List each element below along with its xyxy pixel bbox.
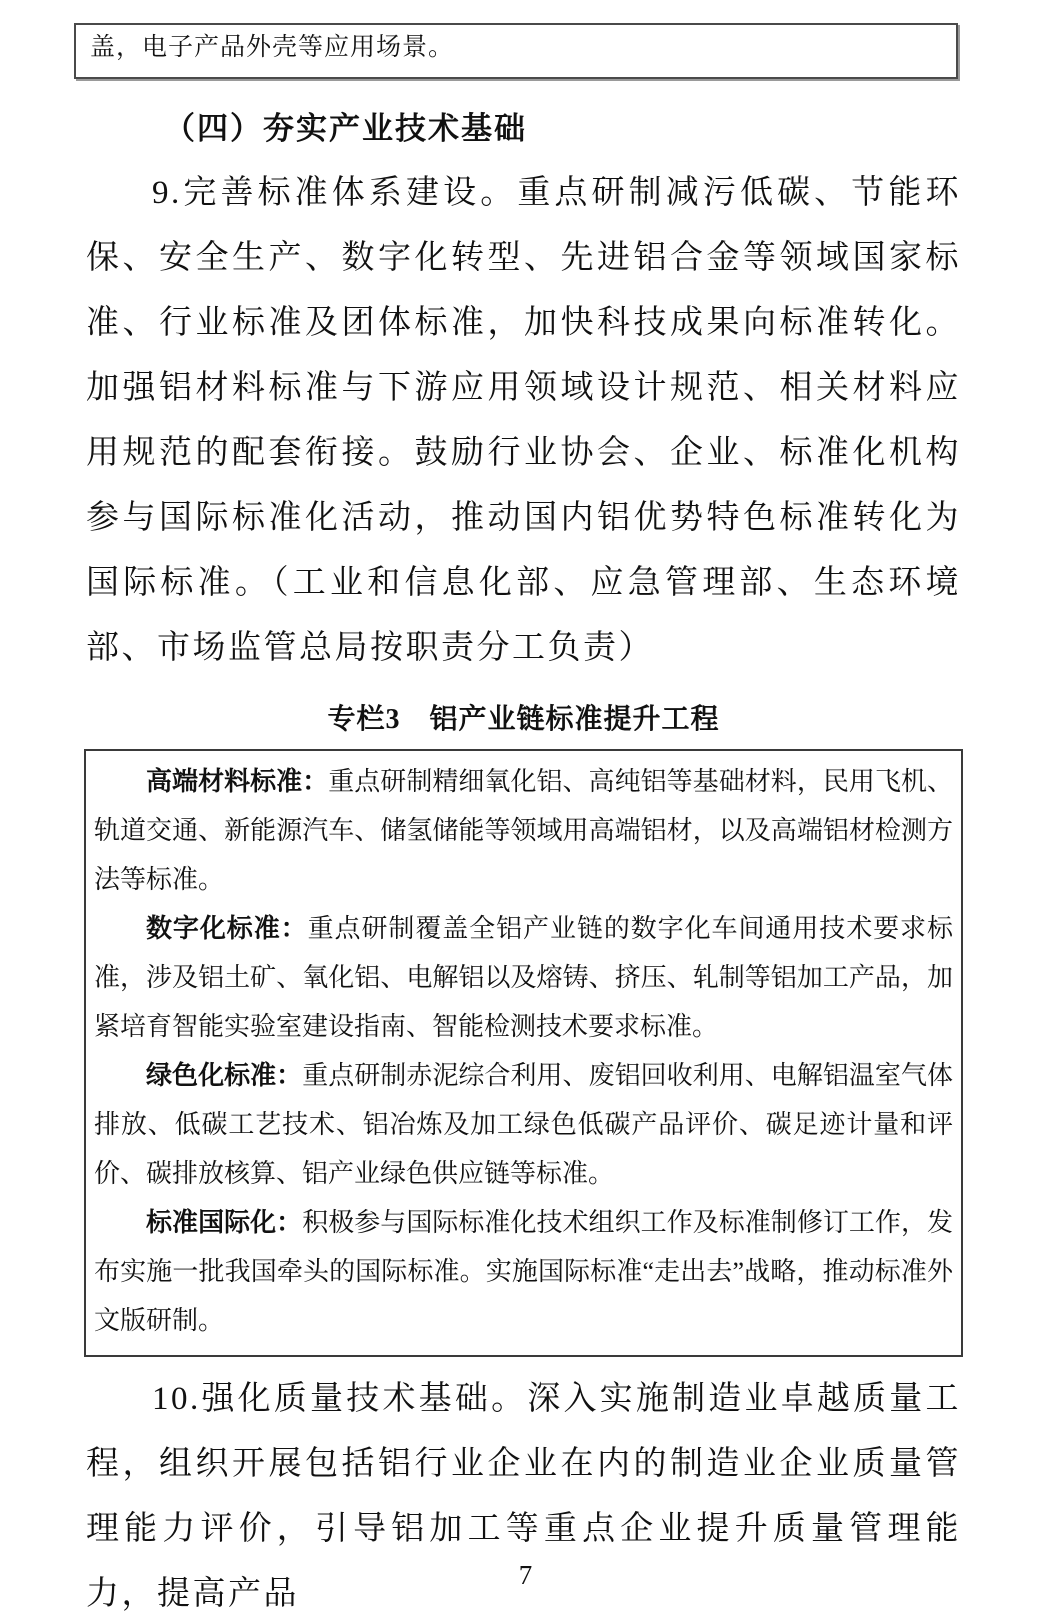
callout-item-label: 高端材料标准： [146, 767, 328, 796]
callout-item-digitalization: 数字化标准：重点研制覆盖全铝产业链的数字化车间通用技术要求标准，涉及铝土矿、氧化… [94, 904, 953, 1051]
paragraph-9: 9.完善标准体系建设。重点研制减污低碳、节能环保、安全生产、数字化转型、先进铝合… [86, 161, 961, 681]
document-page: 盖，电子产品外壳等应用场景。 （四）夯实产业技术基础 9.完善标准体系建设。重点… [86, 0, 961, 1621]
continued-callout-text: 盖，电子产品外壳等应用场景。 [90, 34, 454, 61]
callout-item-label: 标准国际化： [146, 1208, 302, 1237]
callout-item-label: 绿色化标准： [146, 1061, 302, 1090]
page-number: 7 [0, 1560, 1051, 1591]
callout-box: 高端材料标准：重点研制精细氧化铝、高纯铝等基础材料，民用飞机、轨道交通、新能源汽… [84, 749, 963, 1357]
callout-box-title: 专栏3 铝产业链标准提升工程 [86, 697, 961, 743]
callout-item-internationalization: 标准国际化：积极参与国际标准化技术组织工作及标准制修订工作，发布实施一批我国牵头… [94, 1198, 953, 1345]
section-heading: （四）夯实产业技术基础 [86, 103, 961, 155]
callout-item-high-end-materials: 高端材料标准：重点研制精细氧化铝、高纯铝等基础材料，民用飞机、轨道交通、新能源汽… [94, 757, 953, 904]
callout-item-label: 数字化标准： [146, 914, 308, 943]
callout-item-green: 绿色化标准：重点研制赤泥综合利用、废铝回收利用、电解铝温室气体排放、低碳工艺技术… [94, 1051, 953, 1198]
continued-callout-box: 盖，电子产品外壳等应用场景。 [74, 23, 958, 79]
